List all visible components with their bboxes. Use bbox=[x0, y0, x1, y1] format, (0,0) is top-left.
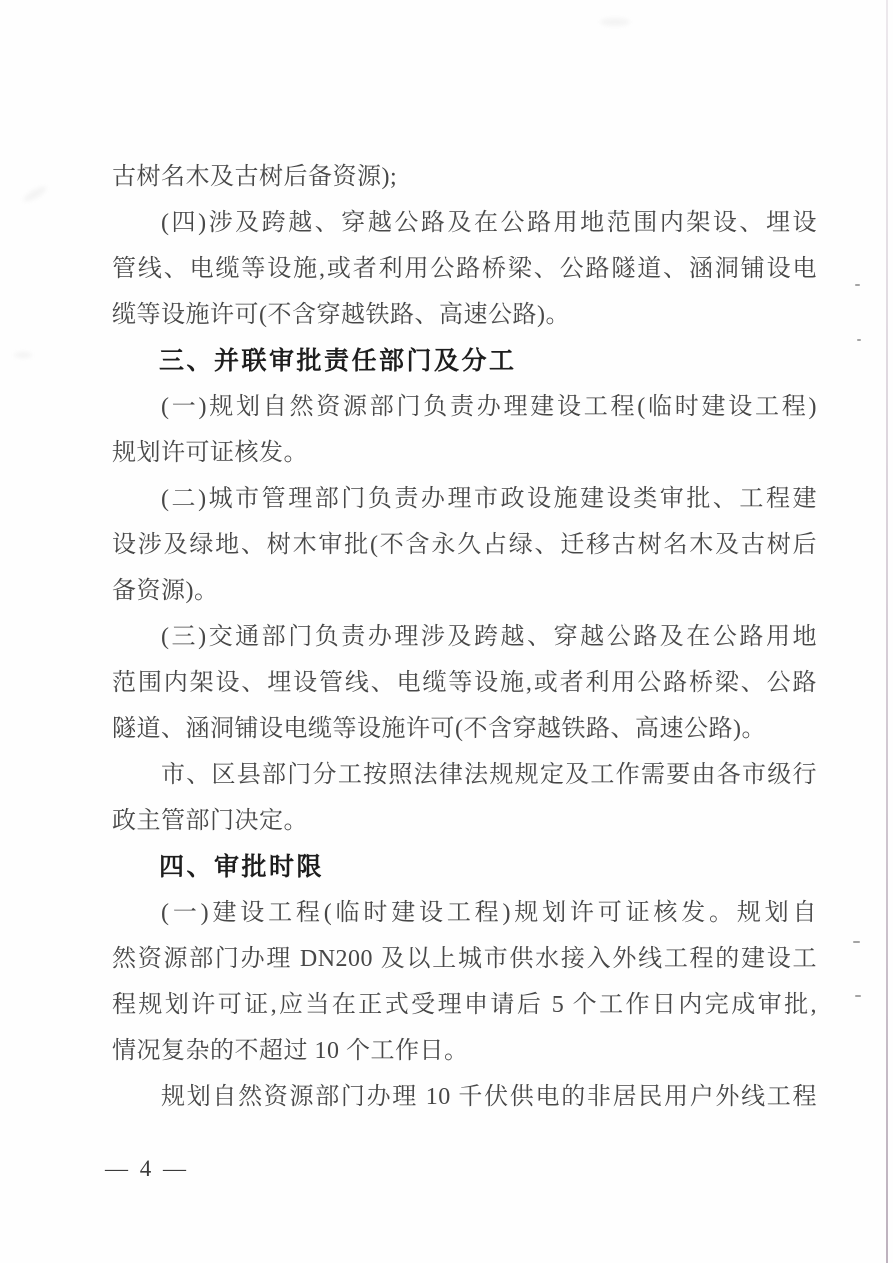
text-line: (一)建设工程(临时建设工程)规划许可证核发。规划自 bbox=[112, 890, 817, 936]
text-line: (一)规划自然资源部门负责办理建设工程(临时建设工程) bbox=[112, 384, 817, 430]
scan-smudge bbox=[600, 18, 630, 26]
scan-smudge bbox=[14, 352, 32, 358]
text-line: 管线、电缆等设施,或者利用公路桥梁、公路隧道、涵洞铺设电 bbox=[112, 246, 817, 292]
scan-speck bbox=[853, 941, 860, 943]
page-edge-shadow-line bbox=[886, 0, 888, 1263]
text-line: 政主管部门决定。 bbox=[112, 798, 817, 844]
text-line: 范围内架设、埋设管线、电缆等设施,或者利用公路桥梁、公路 bbox=[112, 660, 817, 706]
text-line: 然资源部门办理 DN200 及以上城市供水接入外线工程的建设工 bbox=[112, 936, 817, 982]
text-line: 情况复杂的不超过 10 个工作日。 bbox=[112, 1028, 817, 1074]
text-line: (四)涉及跨越、穿越公路及在公路用地范围内架设、埋设 bbox=[112, 200, 817, 246]
scan-speck bbox=[855, 284, 860, 286]
scan-speck bbox=[857, 339, 861, 341]
text-line: 设涉及绿地、树木审批(不含永久占绿、迁移古树名木及古树后 bbox=[112, 522, 817, 568]
text-line: (三)交通部门负责办理涉及跨越、穿越公路及在公路用地 bbox=[112, 614, 817, 660]
document-body: 古树名木及古树后备资源);(四)涉及跨越、穿越公路及在公路用地范围内架设、埋设管… bbox=[112, 154, 817, 1120]
section-heading: 四、审批时限 bbox=[112, 844, 817, 890]
scan-speck bbox=[855, 995, 861, 997]
page-footer: — 4 — bbox=[105, 1156, 189, 1182]
text-line: 隧道、涵洞铺设电缆等设施许可(不含穿越铁路、高速公路)。 bbox=[112, 706, 817, 752]
text-line: 规划自然资源部门办理 10 千伏供电的非居民用户外线工程 bbox=[112, 1074, 817, 1120]
scan-smudge bbox=[22, 184, 49, 204]
document-page: 古树名木及古树后备资源);(四)涉及跨越、穿越公路及在公路用地范围内架设、埋设管… bbox=[0, 0, 893, 1263]
page-number: — 4 — bbox=[105, 1156, 189, 1181]
text-line: 市、区县部门分工按照法律法规规定及工作需要由各市级行 bbox=[112, 752, 817, 798]
text-line: 古树名木及古树后备资源); bbox=[112, 154, 817, 200]
text-line: (二)城市管理部门负责办理市政设施建设类审批、工程建 bbox=[112, 476, 817, 522]
text-line: 备资源)。 bbox=[112, 568, 817, 614]
text-line: 程规划许可证,应当在正式受理申请后 5 个工作日内完成审批, bbox=[112, 982, 817, 1028]
text-line: 规划许可证核发。 bbox=[112, 430, 817, 476]
text-line: 缆等设施许可(不含穿越铁路、高速公路)。 bbox=[112, 292, 817, 338]
section-heading: 三、并联审批责任部门及分工 bbox=[112, 338, 817, 384]
